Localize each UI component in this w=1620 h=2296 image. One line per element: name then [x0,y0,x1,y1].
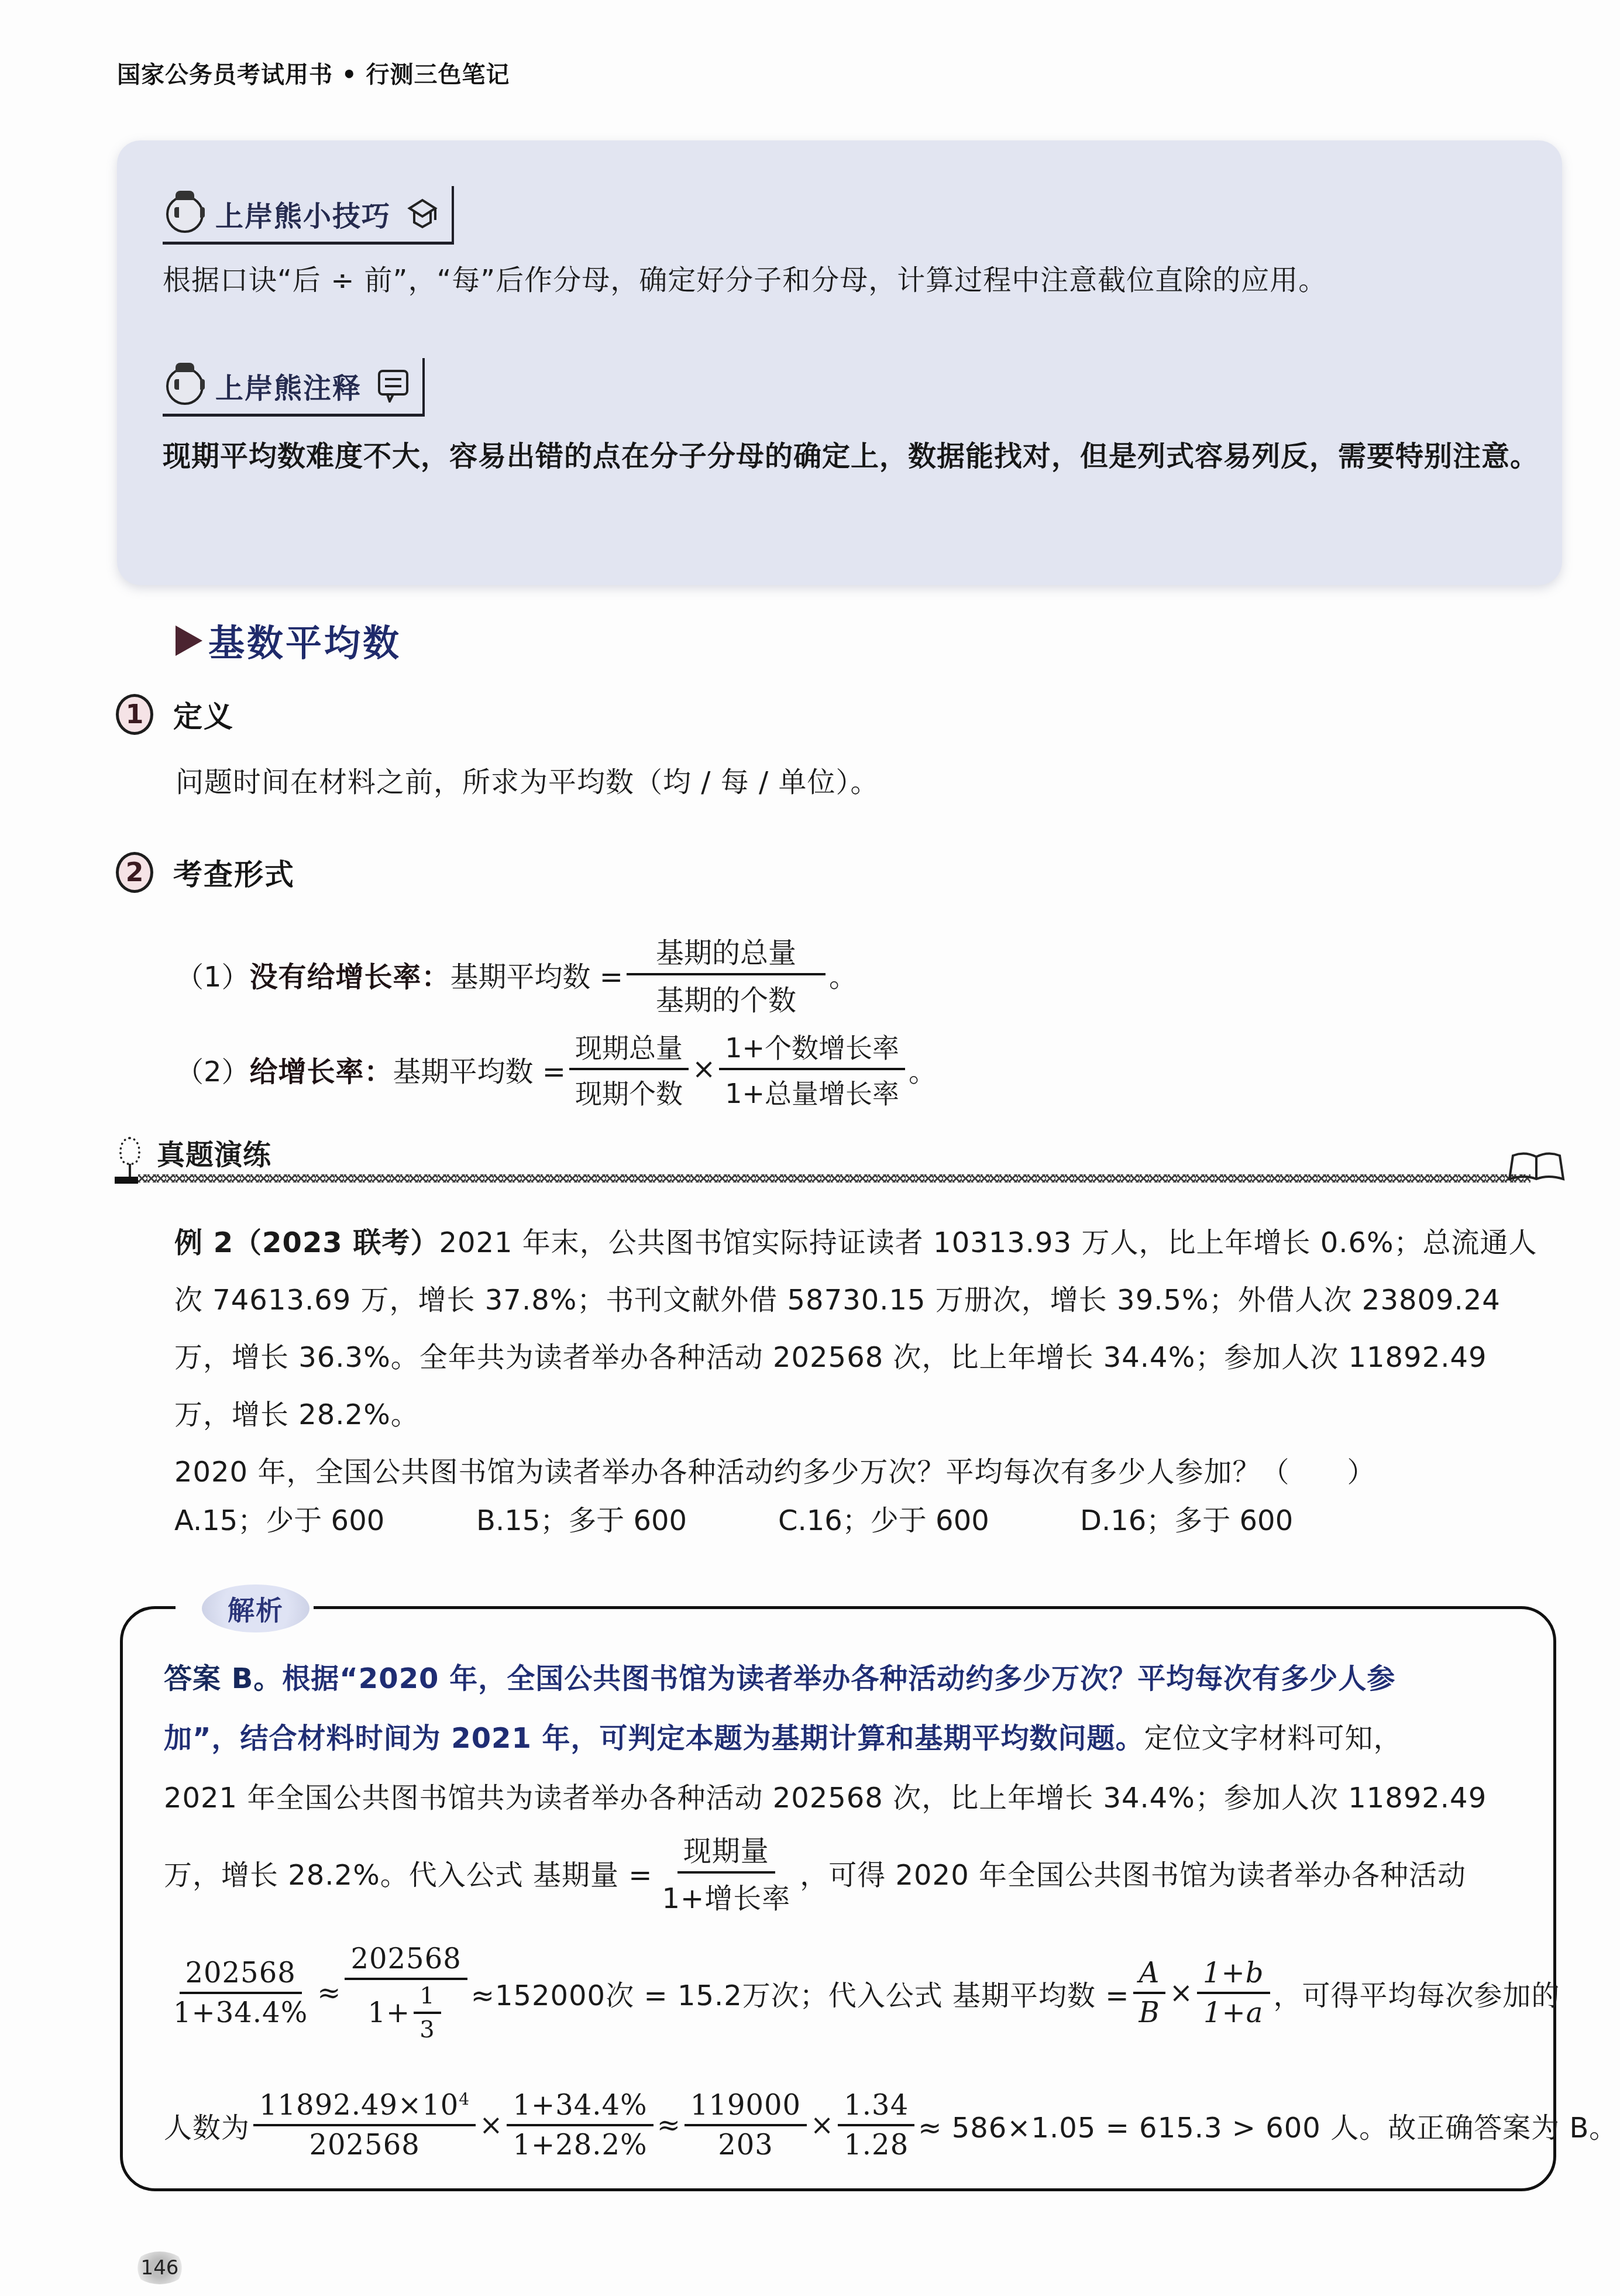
bear-mascot-icon [166,367,204,405]
section-title: 基数平均数 [176,614,401,666]
question-ask: 2020 年，全国公共图书馆为读者举办各种活动约多少万次？平均每次有多少人参加？… [174,1456,1375,1489]
exponent: 4 [459,2089,470,2109]
lightbulb-base [115,1177,138,1184]
analysis-line-1: 答案 B。根据“2020 年，全国公共图书馆为读者举办各种活动约多少万次？平均每… [164,1656,1533,1696]
question-stem: 例 2（2023 联考）2021 年末，公共图书馆实际持证读者 10313.93… [174,1214,1543,1501]
denominator: 现期个数 [569,1070,689,1111]
formula-lhs: 基期平均数 = [450,954,623,995]
step-label: 考查形式 [173,851,295,893]
analysis-tab-label: 解析 [202,1584,309,1632]
fraction: 1+个数增长率 1+总量增长率 [719,1027,905,1111]
times-sign: × [692,1053,716,1085]
wavy-divider [138,1174,1530,1183]
note-text: 现期平均数难度不大，容易出错的点在分子分母的确定上，数据能找对，但是列式容易列反… [163,427,1543,486]
formula-end: 。 [829,954,857,995]
numerator: 202568 [345,1943,467,1980]
numerator: 1+b [1197,1957,1270,1994]
option-b[interactable]: B.15；多于 600 [476,1498,778,1538]
analysis-text: ，可得平均每次参加的 [1274,1973,1560,2013]
tip-text: 根据口诀“后 ÷ 前”，“每”后作分母，确定好分子和分母，计算过程中注意截位直除… [163,257,1327,298]
analysis-text: 万，增长 28.2%。代入公式 基期量 = [164,1852,652,1893]
times-sign: × [1170,1977,1193,2009]
tip-tag: 上岸熊小技巧 [163,186,454,245]
approx-sign: ≈ [657,2109,681,2142]
analysis-text: 定位文字材料可知， [1144,1722,1402,1755]
fraction: 现期总量 现期个数 [569,1027,689,1111]
denominator-part: 1+ [367,1996,410,2029]
analysis-line-6: 人数为 11892.49×104 202568 × 1+34.4% 1+28.2… [164,2089,1533,2161]
fraction: 基期的总量 基期的个数 [627,930,826,1018]
lightbulb-stem [129,1164,131,1177]
denominator: 3 [414,2014,441,2043]
running-header: 国家公务员考试用书 • 行测三色笔记 [117,56,510,90]
numerator: 1+个数增长率 [719,1027,905,1070]
circled-number-icon: 2 [116,852,153,893]
formula-keyword: 给增长率： [250,1049,393,1089]
numerator: 11892.49×104 [253,2089,476,2126]
fraction: 1+b 1+a [1197,1957,1270,2029]
analysis-line-4: 万，增长 28.2%。代入公式 基期量 = 现期量 1+增长率 ，可得 2020… [164,1828,1533,1916]
numerator: 基期的总量 [627,930,826,975]
answer-label: 答案 B。 [164,1662,282,1695]
numerator: 现期量 [677,1828,775,1874]
analysis-text: ，可得 2020 年全国公共图书馆为读者举办各种活动 [800,1852,1466,1893]
numerator: 202568 [180,1957,302,1994]
fraction: 119000 203 [685,2089,807,2161]
analysis-line-2: 加”，结合材料时间为 2021 年，可判定本题为基期计算和基期平均数问题。定位文… [164,1716,1533,1756]
page-number: 146 [133,2252,186,2284]
section-title-text: 基数平均数 [208,614,401,666]
denominator: 1+总量增长率 [719,1070,905,1111]
analysis-text: ≈152000次 = 15.2万次；代入公式 基期平均数 = [471,1973,1130,2013]
speech-bubble-icon [377,367,410,405]
formula-end: 。 [909,1049,937,1089]
bear-mascot-icon [166,195,204,233]
numerator: A [1133,1957,1166,1994]
analysis-line-5: 202568 1+34.4% ≈ 202568 1+ 1 3 ≈152000次 … [164,1943,1533,2043]
fraction: 202568 1+ 1 3 [345,1943,467,2043]
highlight-text: 可判定本题为基期计算和基期平均数问题。 [600,1722,1144,1755]
highlight-text: 根据“2020 年，全国公共图书馆为读者举办各种活动约多少万次？平均每次有多少人… [282,1662,1395,1695]
numerator: 1.34 [838,2089,914,2126]
option-c[interactable]: C.16；少于 600 [778,1498,1080,1538]
analysis-text: ≈ 586×1.05 = 615.3 > 600 人。故正确答案为 B。 [918,2105,1618,2146]
numerator: 1 [414,1982,441,2014]
tip-title: 上岸熊小技巧 [215,194,391,234]
times-sign: × [810,2109,834,2142]
fraction: 现期量 1+增长率 [656,1828,796,1916]
practice-label: 真题演练 [157,1132,271,1173]
answer-options: A.15；少于 600 B.15；多于 600 C.16；少于 600 D.16… [174,1498,1382,1538]
open-book-icon [1507,1150,1566,1181]
denominator: 1+34.4% [167,1994,314,2029]
option-a[interactable]: A.15；少于 600 [174,1498,476,1538]
fraction: 202568 1+34.4% [167,1957,314,2029]
numerator: 119000 [685,2089,807,2126]
lightbulb-icon [119,1137,140,1165]
note-tag: 上岸熊注释 [163,358,425,417]
denominator: B [1133,1994,1166,2029]
denominator: 1+a [1198,1994,1269,2029]
fraction: A B [1133,1957,1166,2029]
formula-with-growth: （2） 给增长率： 基期平均数 = 现期总量 现期个数 × 1+个数增长率 1+… [176,1027,937,1111]
denominator: 1+增长率 [656,1874,796,1916]
question-head: 例 2（2023 联考） [174,1226,439,1259]
circled-number-icon: 1 [116,694,153,735]
definition-text: 问题时间在材料之前，所求为平均数（均 / 每 / 单位）。 [176,759,879,800]
numerator: 现期总量 [569,1027,689,1070]
approx-sign: ≈ [317,1977,341,2009]
denominator: 1+28.2% [507,2126,653,2161]
analysis-text: 人数为 [164,2105,250,2146]
denominator: 202568 [303,2126,425,2161]
denominator: 1+ 1 3 [362,1980,450,2043]
option-d[interactable]: D.16；多于 600 [1080,1498,1382,1538]
analysis-line-3: 2021 年全国公共图书馆共为读者举办各种活动 202568 次，比上年增长 3… [164,1775,1533,1816]
times-sign: × [479,2109,503,2142]
triangle-bullet-icon [176,625,202,656]
highlight-text: 加”，结合材料时间为 2021 年， [164,1722,600,1755]
formula-keyword: 没有给增长率： [250,954,450,995]
formula-prefix: （2） [176,1049,250,1089]
step-label: 定义 [173,693,234,735]
nested-fraction: 1 3 [414,1982,441,2043]
formula-no-growth: （1） 没有给增长率： 基期平均数 = 基期的总量 基期的个数 。 [176,930,857,1018]
fraction: 1.34 1.28 [838,2089,914,2161]
note-title: 上岸熊注释 [215,366,362,406]
practice-header: 真题演练 [115,1132,1566,1185]
denominator: 基期的个数 [650,975,802,1018]
step-forms: 2 考查形式 [116,851,295,893]
step-definition: 1 定义 [116,693,234,735]
numerator: 1+34.4% [507,2089,653,2126]
graduation-cap-icon [406,195,439,233]
formula-lhs: 基期平均数 = [393,1049,566,1089]
fraction: 1+34.4% 1+28.2% [507,2089,653,2161]
formula-prefix: （1） [176,954,250,995]
denominator: 1.28 [838,2126,914,2161]
numerator-base: 11892.49×10 [259,2089,459,2122]
denominator: 203 [712,2126,779,2161]
fraction: 11892.49×104 202568 [253,2089,476,2161]
